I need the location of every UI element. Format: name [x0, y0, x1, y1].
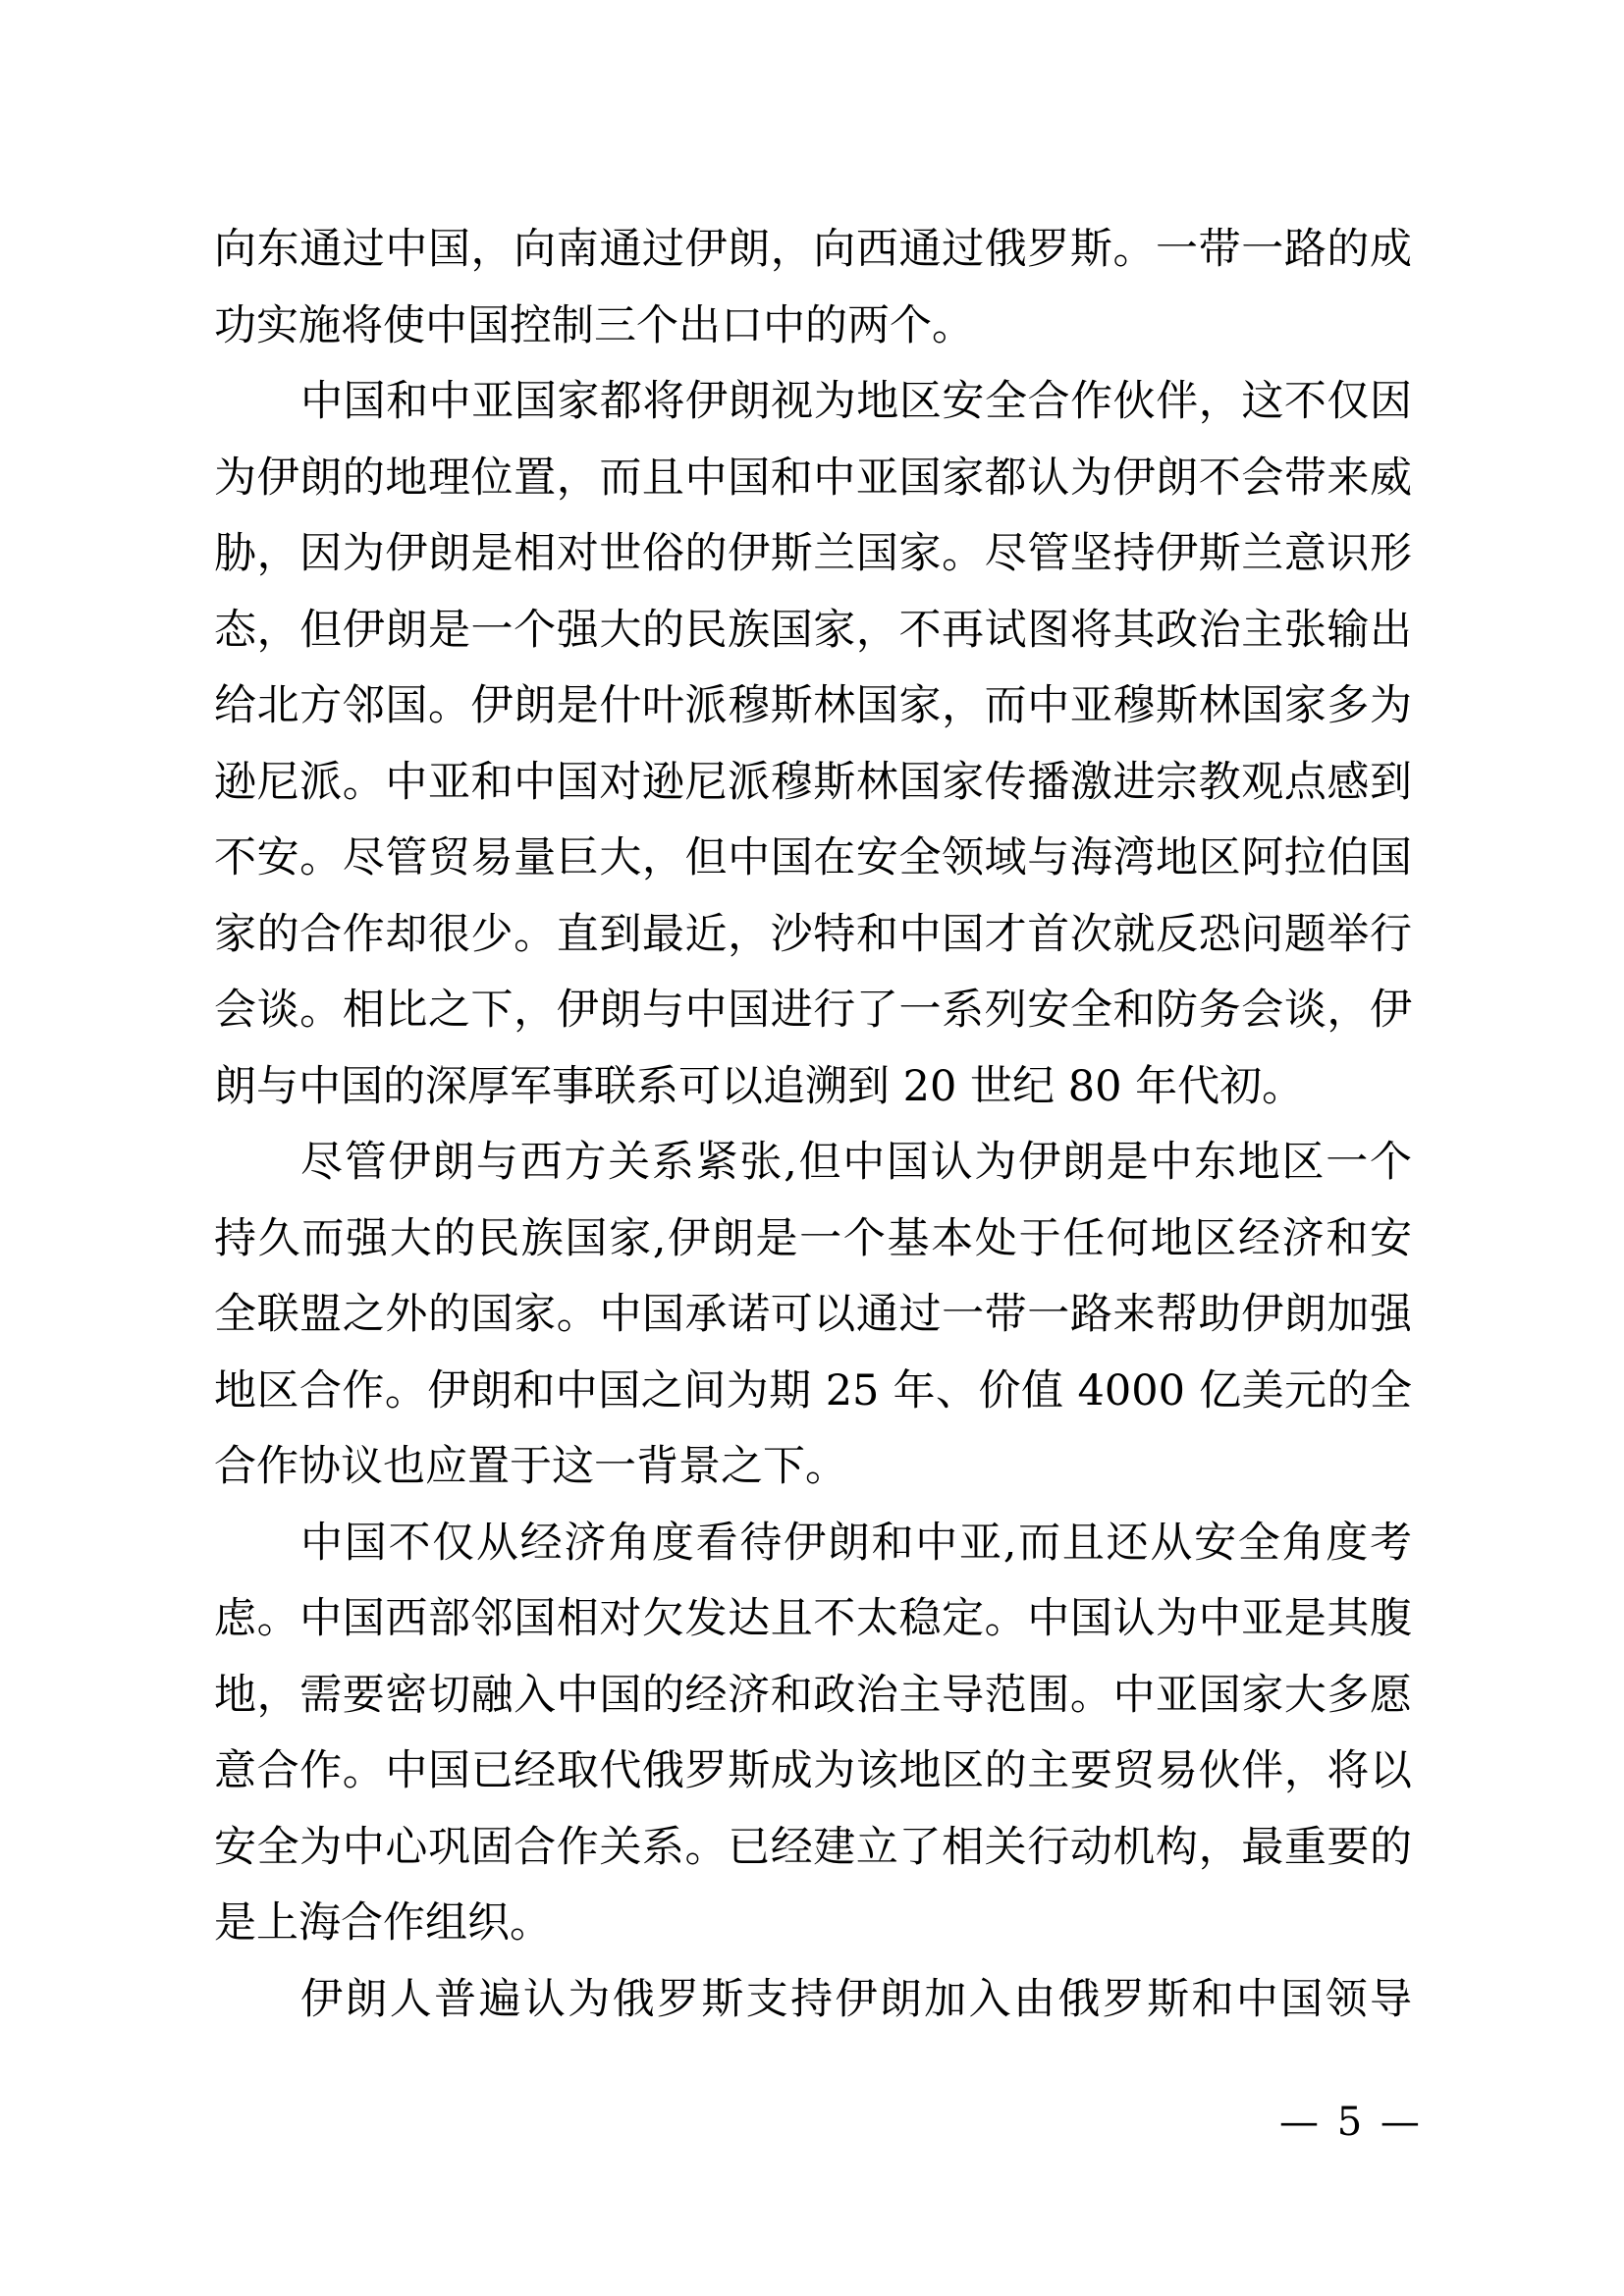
text-line: 家的合作却很少。直到最近，沙特和中国才首次就反恐问题举行 [214, 897, 1412, 974]
document-page: 向东通过中国，向南通过伊朗，向西通过俄罗斯。一带一路的成 功实施将使中国控制三个… [0, 0, 1624, 2296]
text-line: 会谈。相比之下，伊朗与中国进行了一系列安全和防务会谈，伊 [214, 973, 1412, 1049]
text-line: 为伊朗的地理位置，而且中国和中亚国家都认为伊朗不会带来威 [214, 441, 1412, 517]
text-line: 意合作。中国已经取代俄罗斯成为该地区的主要贸易伙伴，将以 [214, 1734, 1412, 1810]
text-line: 向东通过中国，向南通过伊朗，向西通过俄罗斯。一带一路的成 [214, 212, 1412, 289]
text-line: 合作协议也应置于这一背景之下。 [214, 1429, 1412, 1506]
text-line: 地，需要密切融入中国的经济和政治主导范围。中亚国家大多愿 [214, 1658, 1412, 1735]
text-block: 向东通过中国，向南通过伊朗，向西通过俄罗斯。一带一路的成 功实施将使中国控制三个… [214, 212, 1412, 2038]
text-line: 全联盟之外的国家。中国承诺可以通过一带一路来帮助伊朗加强 [214, 1277, 1412, 1354]
text-line: 中国和中亚国家都将伊朗视为地区安全合作伙伴，这不仅因 [214, 364, 1412, 441]
text-line: 地区合作。伊朗和中国之间为期 25 年、价值 4000 亿美元的全面 [214, 1354, 1412, 1430]
text-line: 尽管伊朗与西方关系紧张,但中国认为伊朗是中东地区一个 [214, 1125, 1412, 1201]
text-line: 态，但伊朗是一个强大的民族国家，不再试图将其政治主张输出 [214, 593, 1412, 669]
text-line: 功实施将使中国控制三个出口中的两个。 [214, 289, 1412, 365]
text-line: 逊尼派。中亚和中国对逊尼派穆斯林国家传播激进宗教观点感到 [214, 745, 1412, 822]
text-line: 持久而强大的民族国家,伊朗是一个基本处于任何地区经济和安 [214, 1201, 1412, 1278]
text-line: 伊朗人普遍认为俄罗斯支持伊朗加入由俄罗斯和中国领导 [214, 1962, 1412, 2039]
text-line: 不安。尽管贸易量巨大，但中国在安全领域与海湾地区阿拉伯国 [214, 821, 1412, 897]
page-number: — 5 — [1279, 2101, 1423, 2144]
text-line: 胁，因为伊朗是相对世俗的伊斯兰国家。尽管坚持伊斯兰意识形 [214, 516, 1412, 593]
text-line: 朗与中国的深厚军事联系可以追溯到 20 世纪 80 年代初。 [214, 1049, 1412, 1126]
text-line: 虑。中国西部邻国相对欠发达且不太稳定。中国认为中亚是其腹 [214, 1581, 1412, 1658]
text-line: 是上海合作组织。 [214, 1886, 1412, 1962]
text-line: 安全为中心巩固合作关系。已经建立了相关行动机构，最重要的 [214, 1810, 1412, 1887]
text-line: 给北方邻国。伊朗是什叶派穆斯林国家，而中亚穆斯林国家多为 [214, 668, 1412, 745]
text-line: 中国不仅从经济角度看待伊朗和中亚,而且还从安全角度考 [214, 1506, 1412, 1582]
